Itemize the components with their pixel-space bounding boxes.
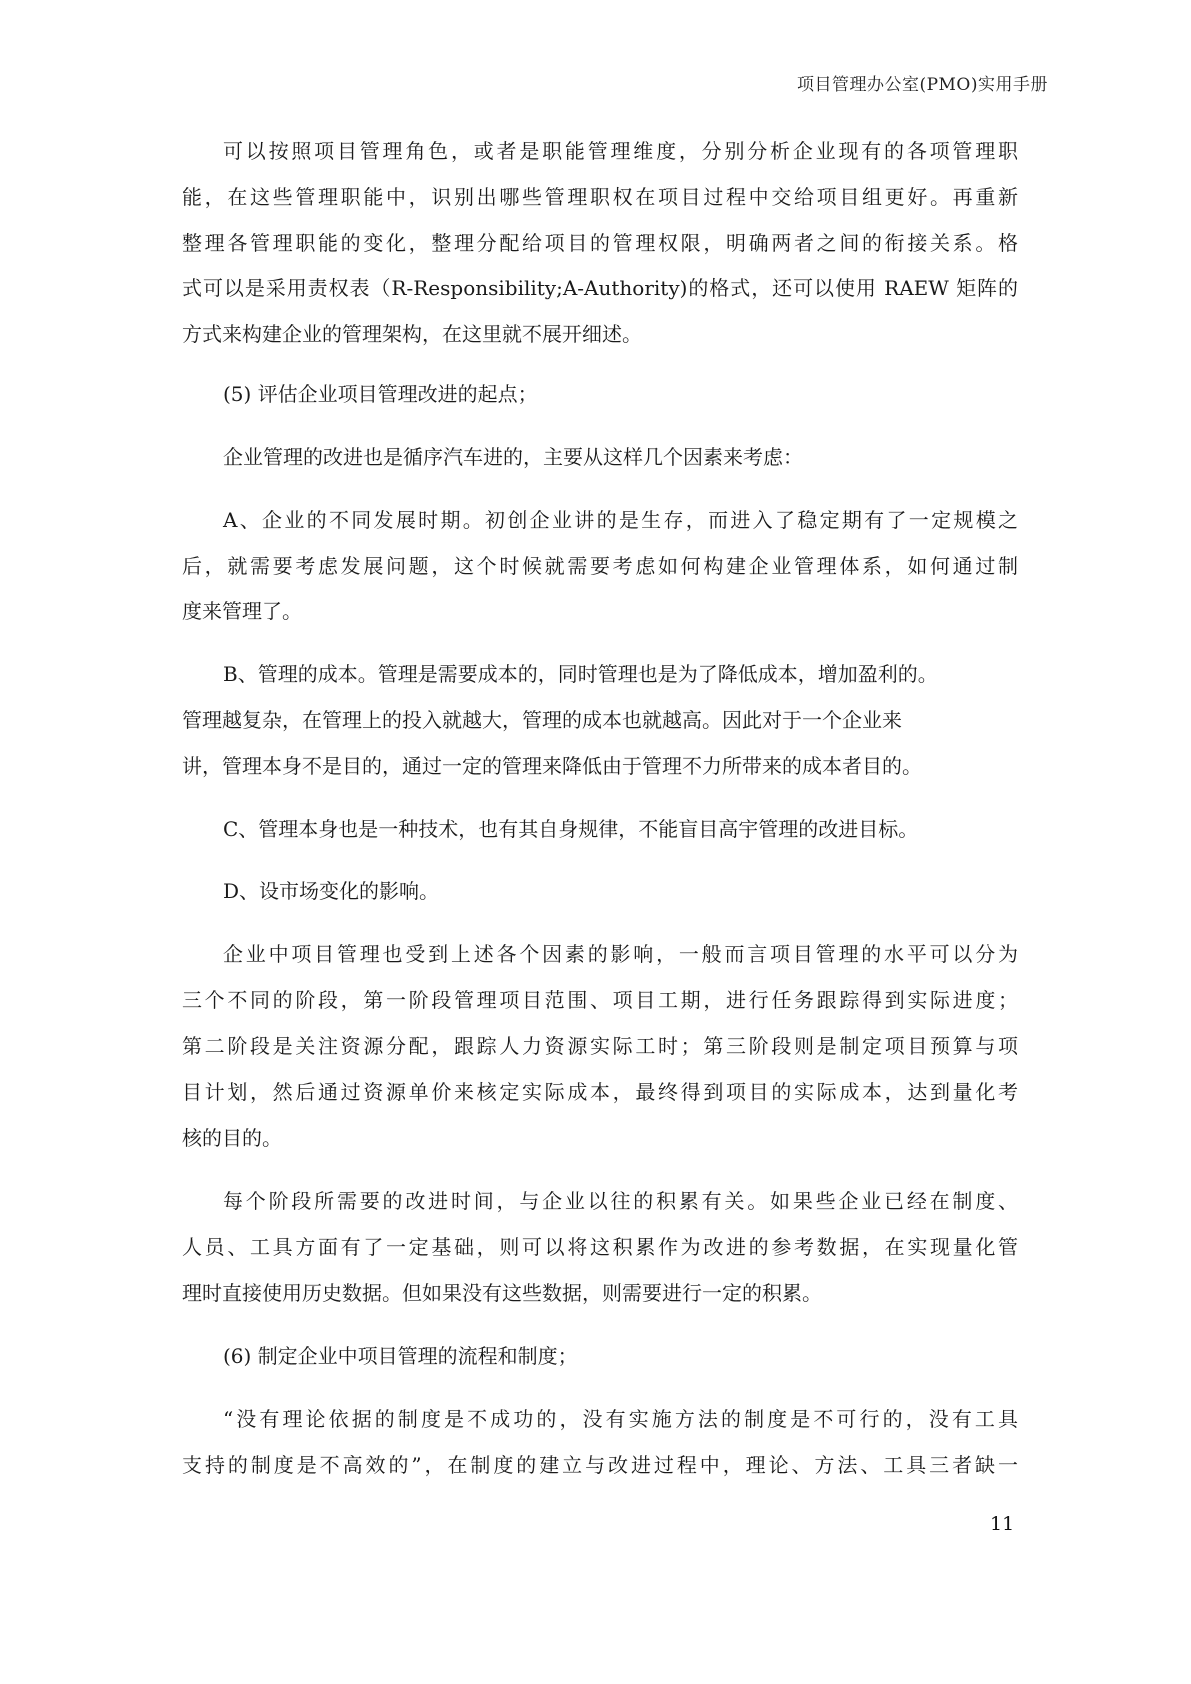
text-line: 第二阶段是关注资源分配，跟踪人力资源实际工时；第三阶段则是制定项目预算与项 (182, 1032, 1018, 1060)
text-line: 式可以是采用责权表（R-Responsibility;A-Authority)的… (182, 274, 1018, 302)
text-line: 管理越复杂，在管理上的投入就越大，管理的成本也就越高。因此对于一个企业来 (182, 706, 1018, 734)
text-line: 整理各管理职能的变化，整理分配给项目的管理权限，明确两者之间的衔接关系。格 (182, 229, 1018, 257)
text-line: (5) 评估企业项目管理改进的起点； (223, 380, 1018, 408)
text-line: “没有理论依据的制度是不成功的，没有实施方法的制度是不可行的，没有工具 (223, 1405, 1018, 1433)
text-line: A、企业的不同发展时期。初创企业讲的是生存，而进入了稳定期有了一定规模之 (223, 506, 1018, 534)
text-line: 理时直接使用历史数据。但如果没有这些数据，则需要进行一定的积累。 (182, 1279, 1018, 1307)
text-line: 讲，管理本身不是目的，通过一定的管理来降低由于管理不力所带来的成本者目的。 (182, 752, 1018, 780)
text-line: 支持的制度是不高效的”，在制度的建立与改进过程中，理论、方法、工具三者缺一 (182, 1451, 1018, 1479)
text-line: 每个阶段所需要的改进时间，与企业以往的积累有关。如果些企业已经在制度、 (223, 1187, 1018, 1215)
text-line: D、设市场变化的影响。 (223, 877, 1018, 905)
text-line: 目计划，然后通过资源单价来核定实际成本，最终得到项目的实际成本，达到量化考 (182, 1078, 1018, 1106)
text-line: 可以按照项目管理角色，或者是职能管理维度，分别分析企业现有的各项管理职 (223, 137, 1018, 165)
text-line: C、管理本身也是一种技术，也有其自身规律，不能盲目高宇管理的改进目标。 (223, 815, 1018, 843)
text-line: 企业管理的改进也是循序汽车进的，主要从这样几个因素来考虑： (223, 443, 1018, 471)
text-line: 企业中项目管理也受到上述各个因素的影响，一般而言项目管理的水平可以分为 (223, 940, 1018, 968)
text-line: 三个不同的阶段，第一阶段管理项目范围、项目工期，进行任务跟踪得到实际进度； (182, 986, 1018, 1014)
text-line: B、管理的成本。管理是需要成本的，同时管理也是为了降低成本，增加盈利的。 (223, 660, 1018, 688)
text-line: 能，在这些管理职能中，识别出哪些管理职权在项目过程中交给项目组更好。再重新 (182, 183, 1018, 211)
text-line: 方式来构建企业的管理架构，在这里就不展开细述。 (182, 320, 1018, 348)
running-header: 项目管理办公室(PMO)实用手册 (797, 70, 1048, 95)
text-line: (6) 制定企业中项目管理的流程和制度； (223, 1342, 1018, 1370)
text-line: 核的目的。 (182, 1124, 1018, 1152)
text-line: 人员、工具方面有了一定基础，则可以将这积累作为改进的参考数据，在实现量化管 (182, 1233, 1018, 1261)
text-line: 度来管理了。 (182, 597, 1018, 625)
page-number: 11 (990, 1513, 1014, 1535)
text-line: 后，就需要考虑发展问题，这个时候就需要考虑如何构建企业管理体系，如何通过制 (182, 552, 1018, 580)
